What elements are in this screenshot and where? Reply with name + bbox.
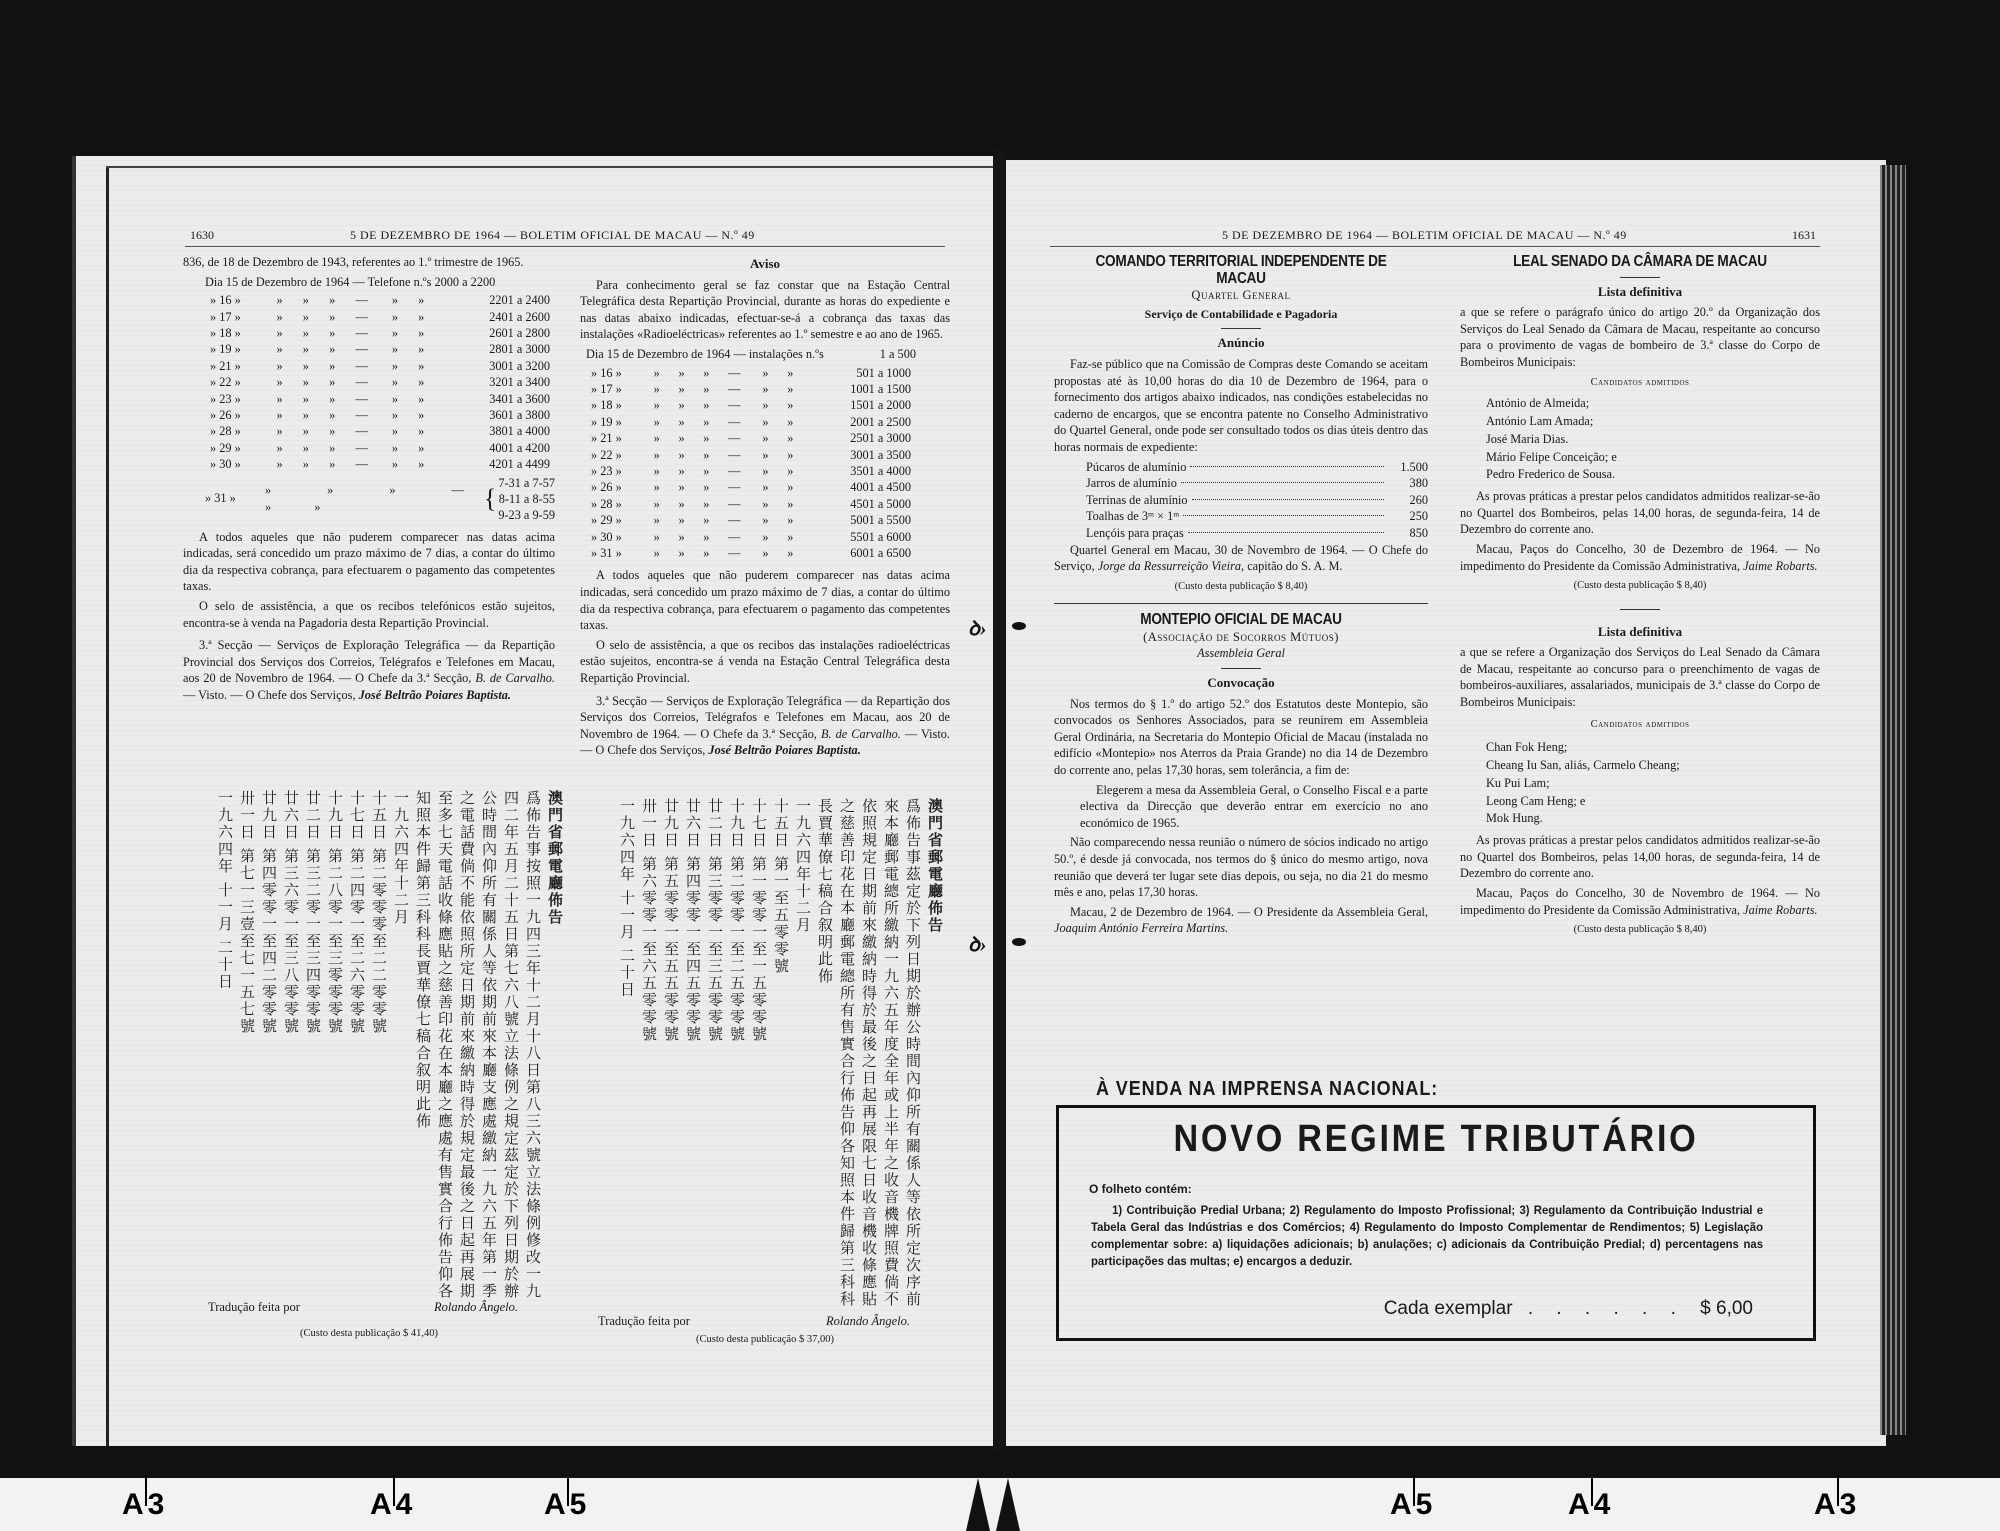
running-head-left: 5 DE DEZEMBRO DE 1964 — BOLETIM OFICIAL … — [350, 228, 755, 243]
strip-label: A4 — [1568, 1488, 1610, 1522]
section-signoff: 3.ª Secção — Serviços de Exploração Tele… — [183, 637, 555, 703]
lista-closing-1: Macau, Paços do Concelho, 30 de Dezembro… — [1460, 541, 1820, 574]
phone-schedule-table: » 16 »»»»—»»2201 a 2400» 17 »»»»—»»2401 … — [205, 292, 555, 472]
convocacao-para1: Nos termos do § 1.º do artigo 52.º dos E… — [1054, 696, 1428, 779]
advert-price-line: Cada exemplar . . . . . . $ 6,00 — [1384, 1298, 1753, 1320]
page-edges — [1880, 165, 1906, 1435]
page-number-left: 1630 — [190, 228, 214, 243]
advert-box: NOVO REGIME TRIBUTÁRIO O folheto contém:… — [1056, 1105, 1816, 1341]
schedule-row: » 19 »»»»—»»2801 a 3000 — [205, 341, 555, 357]
lista-title-1: Lista definitiva — [1460, 284, 1820, 301]
advert-title: NOVO REGIME TRIBUTÁRIO — [1097, 1118, 1776, 1161]
book-spine — [993, 150, 1005, 1450]
quartel-general: Quartel General — [1054, 287, 1428, 304]
schedule-row: » 22 »»»»—»»3001 a 3500 — [586, 447, 916, 463]
candidate-name: Mário Felipe Conceição; e — [1460, 449, 1820, 467]
ink-blot — [1012, 622, 1026, 630]
schedule-row: » 29 »»»»—»»5001 a 5500 — [586, 512, 916, 528]
schedule-row: » 23 »»»»—»»3401 a 3600 — [205, 391, 555, 407]
aviso-deadline: A todos aqueles que não puderem comparec… — [580, 567, 950, 633]
lista-closing-2: Macau, Paços do Concelho, 30 de Novembro… — [1460, 885, 1820, 918]
lista-intro-1: a que se refere o parágrafo único do art… — [1460, 304, 1820, 370]
translation-label-1: Tradução feita por — [208, 1300, 300, 1315]
assembleia-heading: Assembleia Geral — [1054, 645, 1428, 662]
schedule-row: » 28 »»»»—»»4501 a 5000 — [586, 496, 916, 512]
dept-heading: Serviço de Contabilidade e Pagadoria — [1054, 306, 1428, 323]
schedule-row: » 18 »»»»—»»2601 a 2800 — [205, 325, 555, 341]
candidate-name: Leong Cam Heng; e — [1460, 793, 1820, 811]
strip-label: A3 — [1814, 1488, 1856, 1522]
schedule-row: » 21 »»»»—»»2501 a 3000 — [586, 430, 916, 446]
aviso-signoff: 3.ª Secção — Serviços de Exploração Tele… — [580, 693, 950, 759]
org-heading-leal-senado: LEAL SENADO DA CÂMARA DE MACAU — [1482, 254, 1799, 271]
schedule-row: » 31 »»»»—»»6001 a 6500 — [586, 545, 916, 561]
candidate-name: Mok Hung. — [1460, 810, 1820, 828]
item-row: Terrinas de alumínio260 — [1054, 492, 1428, 509]
aviso-title: Aviso — [580, 256, 950, 273]
cost-note-3: (Custo desta publicação $ 8,40) — [1054, 579, 1428, 596]
item-row: Púcaros de alumínio1.500 — [1054, 459, 1428, 476]
convocacao-title: Convocação — [1054, 675, 1428, 692]
schedule-row: » 16 »»»»—»»501 a 1000 — [586, 365, 916, 381]
schedule-row: » 26 »»»»—»»4001 a 4500 — [586, 479, 916, 495]
advert-body: 1) Contribuição Predial Urbana; 2) Regul… — [1091, 1202, 1763, 1270]
aviso-intro: Para conhecimento geral se faz constar q… — [580, 277, 950, 343]
radio-schedule-table: » 16 »»»»—»»501 a 1000» 17 »»»»—»»1001 a… — [586, 365, 916, 562]
schedule-row: » 19 »»»»—»»2001 a 2500 — [586, 414, 916, 430]
items-list: Púcaros de alumínio1.500Jarros de alumín… — [1054, 459, 1428, 542]
right-col-1: COMANDO TERRITORIAL INDEPENDENTE DE MACA… — [1054, 254, 1428, 940]
strip-label: A5 — [544, 1488, 586, 1522]
schedule-row: » 29 »»»»—»»4001 a 4200 — [205, 440, 555, 456]
candidate-name: Chan Fok Heng; — [1460, 739, 1820, 757]
right-col-2: LEAL SENADO DA CÂMARA DE MACAU Lista def… — [1460, 254, 1820, 943]
strip-label: A5 — [1390, 1488, 1432, 1522]
schedule-row: » 21 »»»»—»»3001 a 3200 — [205, 358, 555, 374]
anuncio-intro: Faz-se público que na Comissão de Compra… — [1054, 356, 1428, 456]
advert-intro: O folheto contém: — [1089, 1182, 1192, 1196]
cost-note-1: (Custo desta publicação $ 41,40) — [183, 1328, 555, 1339]
stamp-paragraph: O selo de assistência, a que os recibos … — [183, 598, 555, 631]
schedule-row: » 26 »»»»—»»3601 a 3800 — [205, 407, 555, 423]
page-number-right: 1631 — [1792, 228, 1816, 243]
schedule-row: » 28 »»»»—»»3801 a 4000 — [205, 423, 555, 439]
cost-note-4: (Custo desta publicação $ 8,40) — [1460, 578, 1820, 595]
org-heading-montepio: MONTEPIO OFICIAL DE MACAU — [1076, 612, 1405, 629]
strip-label: A3 — [122, 1488, 164, 1522]
candidate-list-2: Chan Fok Heng;Cheang Iu San, aliás, Carm… — [1460, 739, 1820, 828]
schedule-row: » 16 »»»»—»»2201 a 2400 — [205, 292, 555, 308]
chinese-notice-phone: 澳門省郵電廳佈告 爲佈告事按照一九四三年十二月十八日第八三六號立法條例修改一九四… — [196, 790, 566, 1310]
montepio-sub: (Associação de Socorros Mútuos) — [1054, 629, 1428, 646]
org-heading-comando: COMANDO TERRITORIAL INDEPENDENTE DE MACA… — [1076, 254, 1405, 287]
left-col-2: Aviso Para conhecimento geral se faz con… — [580, 254, 950, 762]
lista-intro-2: a que se refere a Organização dos Serviç… — [1460, 644, 1820, 710]
candidate-name: José Maria Dias. — [1460, 431, 1820, 449]
header-rule-left — [185, 246, 945, 247]
margin-mark-icon: ꝺ› — [968, 614, 987, 641]
candidate-name: António de Almeida; — [1460, 395, 1820, 413]
translation-label-2: Tradução feita por — [598, 1314, 690, 1329]
intro-text: 836, de 18 de Dezembro de 1943, referent… — [183, 254, 555, 271]
candidate-name: António Lam Amada; — [1460, 413, 1820, 431]
candidate-name: Pedro Frederico de Sousa. — [1460, 466, 1820, 484]
advert-heading: À VENDA NA IMPRENSA NACIONAL: — [1096, 1078, 1438, 1101]
ink-blot — [1012, 938, 1026, 946]
provas-para-2: As provas práticas a prestar pelos candi… — [1460, 832, 1820, 882]
schedule-row: » 30 »»»»—»»4201 a 4499 — [205, 456, 555, 472]
candidatos-heading-1: Candidatos admitidos — [1460, 375, 1820, 392]
strip-label: A4 — [370, 1488, 412, 1522]
item-row: Lençóis para praças850 — [1054, 525, 1428, 542]
anuncio-closing: Quartel General em Macau, 30 de Novembro… — [1054, 542, 1428, 575]
item-row: Toalhas de 3ᵐ × 1ᵐ250 — [1054, 508, 1428, 525]
provas-para-1: As provas práticas a prestar pelos candi… — [1460, 488, 1820, 538]
running-head-right: 5 DE DEZEMBRO DE 1964 — BOLETIM OFICIAL … — [1222, 228, 1627, 243]
cost-note-2: (Custo desta publicação $ 37,00) — [580, 1334, 950, 1345]
translator-name-2: Rolando Ângelo. — [826, 1314, 910, 1329]
candidate-name: Ku Pui Lam; — [1460, 775, 1820, 793]
header-rule-right — [1050, 246, 1820, 247]
candidate-list-1: António de Almeida;António Lam Amada;Jos… — [1460, 395, 1820, 484]
deadline-paragraph: A todos aqueles que não puderem comparec… — [183, 529, 555, 595]
schedule-row: » 23 »»»»—»»3501 a 4000 — [586, 463, 916, 479]
candidatos-heading-2: Candidatos admitidos — [1460, 717, 1820, 734]
schedule-row: » 30 »»»»—»»5501 a 6000 — [586, 529, 916, 545]
margin-mark-icon: ꝺ› — [968, 930, 987, 957]
candidate-name: Cheang Iu San, aliás, Carmelo Cheang; — [1460, 757, 1820, 775]
convocacao-para3: Não comparecendo nessa reunião o número … — [1054, 834, 1428, 900]
chinese-notice-radio: 澳門省郵電廳佈告 爲佈告事茲定於下列日期於辦公時間內仰所有關係人等依所定次序前來… — [596, 798, 946, 1308]
left-col-1: 836, de 18 de Dezembro de 1943, referent… — [183, 254, 555, 707]
schedule-row: » 17 »»»»—»»1001 a 1500 — [586, 381, 916, 397]
item-row: Jarros de alumínio380 — [1054, 475, 1428, 492]
phone-schedule-header: Dia 15 de Dezembro de 1964 — Telefone n.… — [183, 274, 555, 291]
convocacao-agenda: Elegerem a mesa da Assembleia Geral, o C… — [1054, 782, 1428, 832]
schedule-row: » 17 »»»»—»»2401 a 2600 — [205, 309, 555, 325]
schedule-row: » 22 »»»»—»»3201 a 3400 — [205, 374, 555, 390]
cost-note-5: (Custo desta publicação $ 8,40) — [1460, 922, 1820, 939]
lista-title-2: Lista definitiva — [1460, 624, 1820, 641]
anuncio-title: Anúncio — [1054, 335, 1428, 352]
convocacao-closing: Macau, 2 de Dezembro de 1964. — O Presid… — [1054, 904, 1428, 937]
schedule-row: » 18 »»»»—»»1501 a 2000 — [586, 397, 916, 413]
phone-schedule-31: » 31 » » » » — » » { 7-31 a 7-57 8-11 a … — [205, 475, 555, 523]
translator-name-1: Rolando Ângelo. — [434, 1300, 518, 1315]
aviso-stamp: O selo de assistência, a que os recibos … — [580, 637, 950, 687]
radio-schedule-header: Dia 15 de Dezembro de 1964 — instalações… — [580, 346, 916, 363]
